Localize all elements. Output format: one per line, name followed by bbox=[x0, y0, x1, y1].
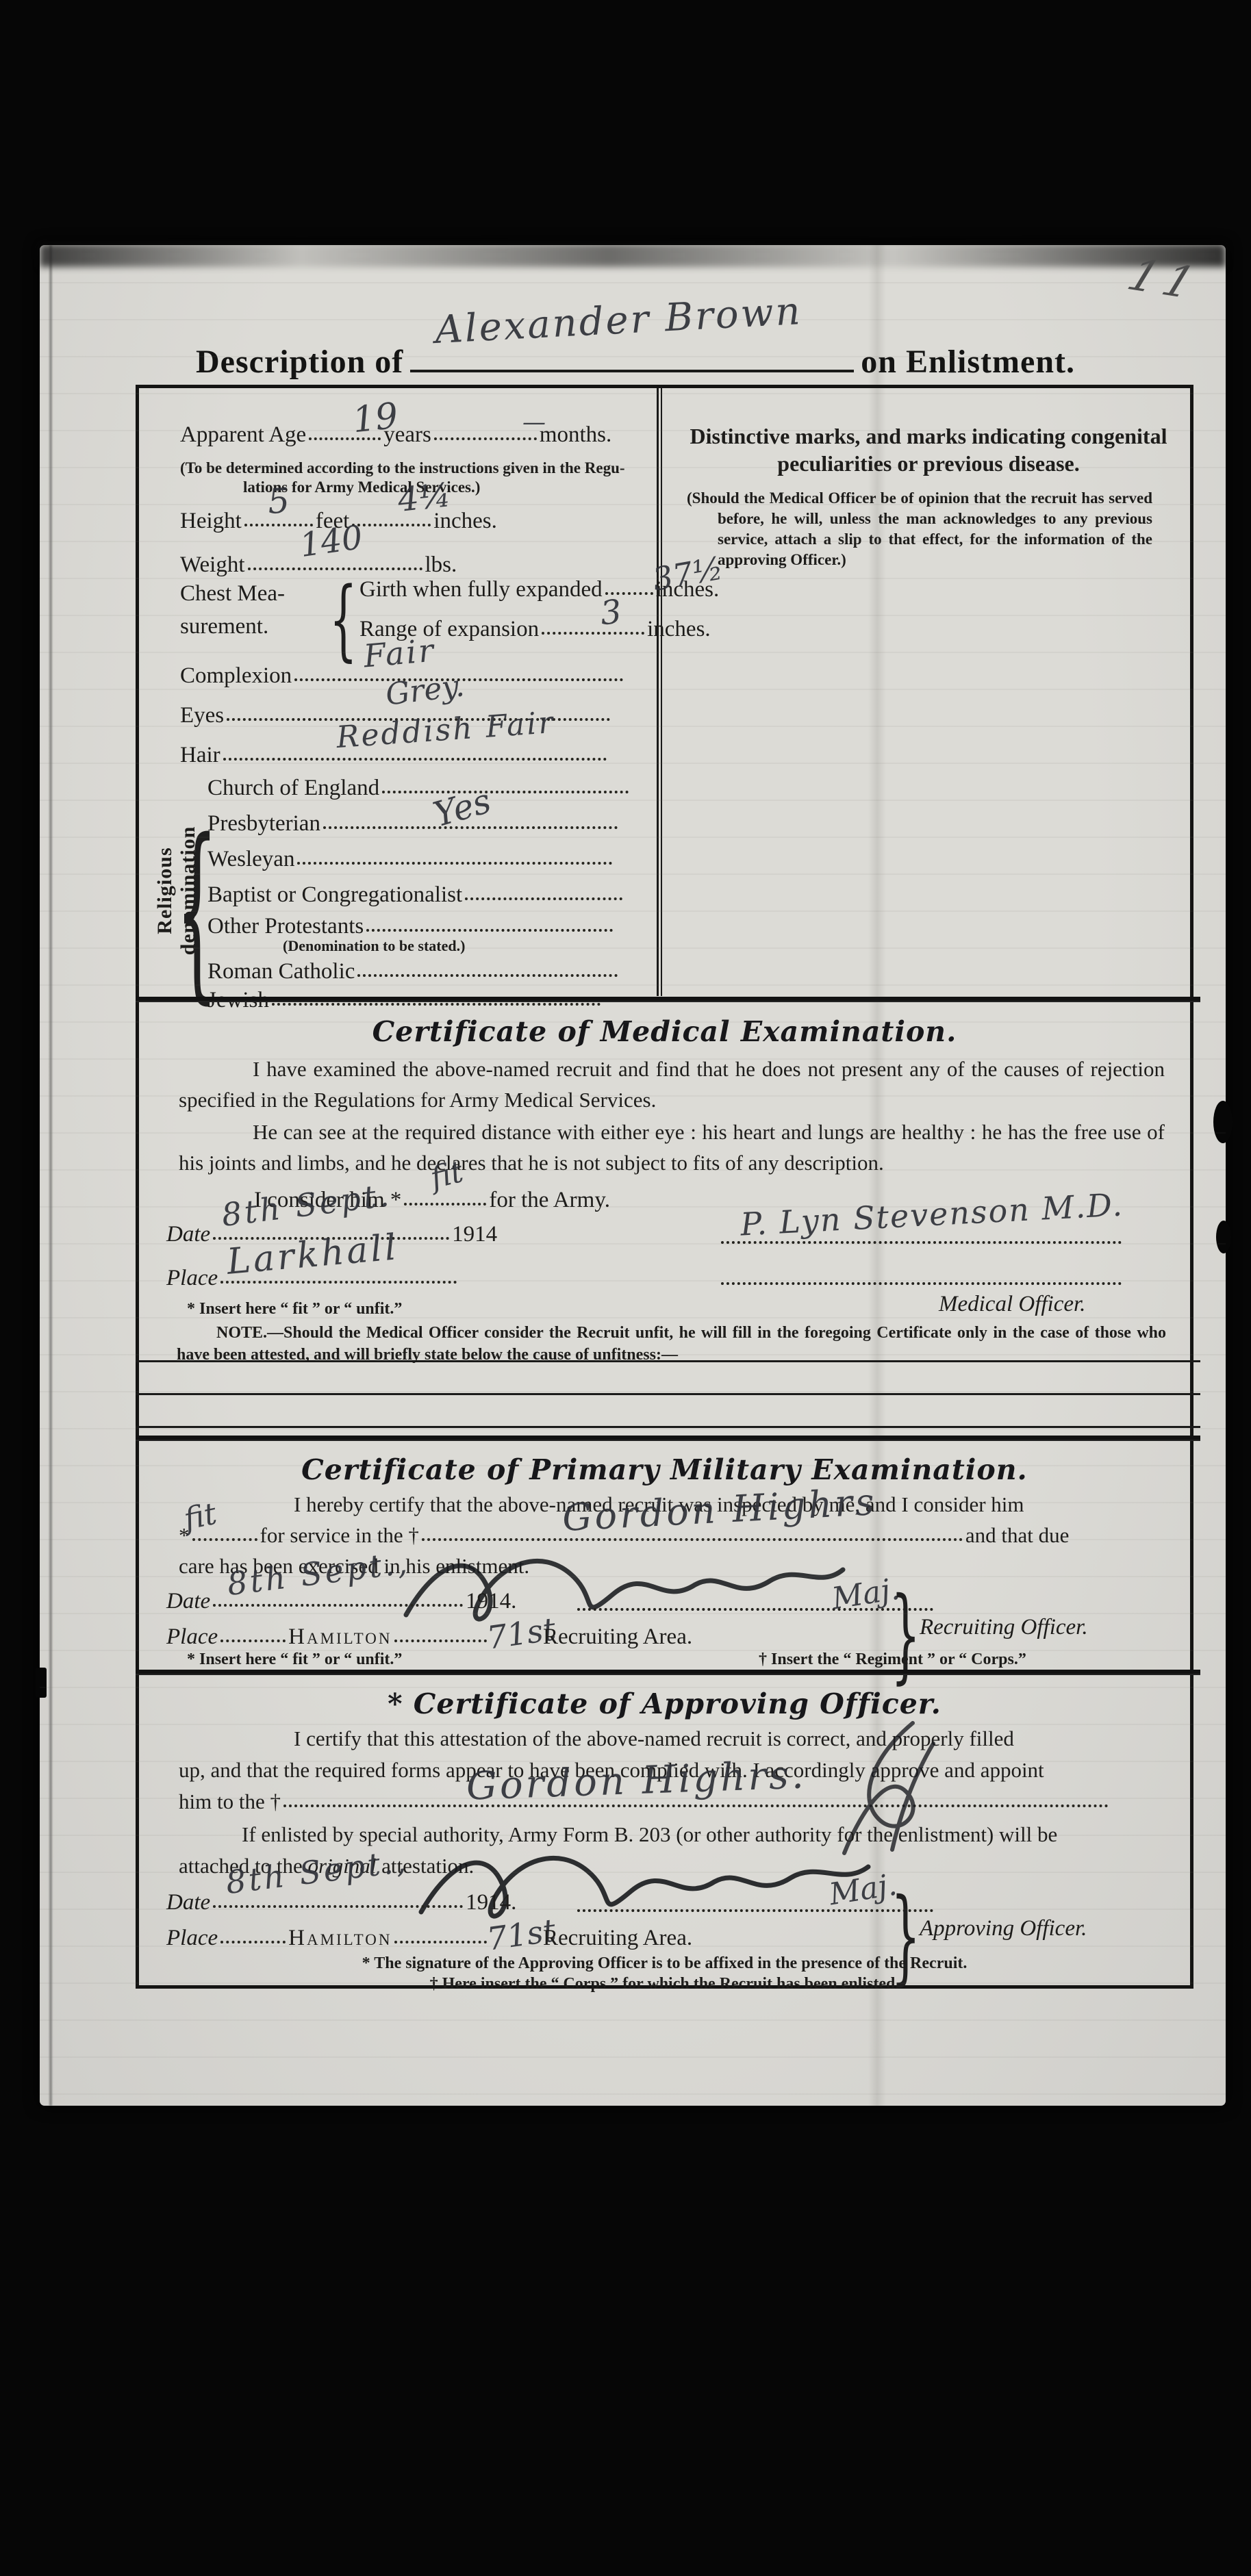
medical-officer-signature: P. Lyn Stevenson M.D. bbox=[740, 1186, 1124, 1242]
approving-footnote1: * The signature of the Approving Officer… bbox=[139, 1953, 1190, 1974]
blank-rule-line bbox=[136, 1360, 1200, 1362]
chest-label-line1: Chest Mea- bbox=[180, 581, 285, 607]
height-label: Height bbox=[180, 509, 242, 533]
complexion-label: Complexion bbox=[180, 663, 292, 688]
approving-officer-signature-scrawl bbox=[413, 1842, 879, 1935]
distinctive-marks-note: (Should the Medical Officer be of opinio… bbox=[687, 488, 1152, 570]
weight-row: Weightlbs. 140 bbox=[180, 552, 457, 578]
range-unit: inches. bbox=[647, 617, 711, 641]
approving-date-year: 1914. bbox=[466, 1890, 516, 1915]
primary-place-value: Hamilton bbox=[288, 1624, 392, 1649]
wesleyan-label: Wesleyan bbox=[207, 847, 294, 871]
chest-brace: { bbox=[329, 570, 357, 672]
weight-value: 140 bbox=[298, 518, 366, 565]
scan-edge-smudge bbox=[40, 244, 1226, 267]
approving-area-label: Recruiting Area. bbox=[543, 1926, 692, 1951]
wesleyan-row: Wesleyan bbox=[207, 847, 615, 872]
medical-date-year: 1914 bbox=[452, 1222, 497, 1247]
approving-date-label: Date bbox=[166, 1890, 210, 1915]
primary-place-row: PlaceHamilton bbox=[166, 1624, 490, 1650]
distinctive-marks-heading-line2: peculiarities or previous disease. bbox=[665, 451, 1192, 476]
distinctive-marks-heading-line1: Distinctive marks, and marks indicating … bbox=[665, 424, 1192, 449]
baptist-label: Baptist or Congregationalist bbox=[207, 882, 462, 907]
primary-place-label: Place bbox=[166, 1624, 218, 1649]
medical-certificate-heading: Certificate of Medical Examination. bbox=[139, 1015, 1190, 1048]
presbyterian-label: Presbyterian bbox=[207, 811, 320, 836]
approving-place-value: Hamilton bbox=[288, 1926, 392, 1950]
presbyterian-row: Presbyterian Yes bbox=[207, 811, 620, 837]
primary-insert-regiment-note: † Insert the “ Regiment ” or “ Corps.” bbox=[759, 1649, 1026, 1670]
denomination-note: (Denomination to be stated.) bbox=[283, 936, 465, 956]
medical-signature-line2 bbox=[721, 1282, 1122, 1285]
approving-regiment-value: Gordon Highrs. bbox=[466, 1759, 807, 1802]
months-label: months. bbox=[540, 422, 611, 447]
medical-signature-line bbox=[721, 1241, 1122, 1244]
document-page: 11 Description ofAlexander Brownon Enlis… bbox=[40, 245, 1226, 2106]
other-protestants-label: Other Protestants bbox=[207, 914, 364, 939]
apparent-age-label: Apparent Age bbox=[180, 422, 306, 447]
recruit-name-line: Alexander Brown bbox=[410, 331, 854, 372]
column-divider-rule bbox=[657, 388, 662, 996]
apparent-age-row: Apparent Ageyearsmonths. 19 — bbox=[180, 422, 611, 448]
primary-area-label: Recruiting Area. bbox=[543, 1624, 692, 1650]
weight-label: Weight bbox=[180, 552, 245, 577]
age-note-line1: (To be determined according to the instr… bbox=[180, 458, 625, 479]
section-rule bbox=[136, 1436, 1200, 1441]
medical-para1: I have examined the above-named recruit … bbox=[179, 1054, 1165, 1115]
medical-insert-note: * Insert here “ fit ” or “ unfit.” bbox=[187, 1299, 402, 1319]
section-rule bbox=[136, 997, 1200, 1002]
approving-certificate-heading: * Certificate of Approving Officer. bbox=[139, 1687, 1190, 1720]
primary-insert-fit-note: * Insert here “ fit ” or “ unfit.” bbox=[187, 1649, 402, 1670]
torn-edge-mark bbox=[36, 1668, 47, 1698]
height-inches-value: 4¼ bbox=[396, 476, 452, 520]
apparent-age-value: 19 bbox=[351, 396, 400, 442]
church-of-england-row: Church of England bbox=[207, 776, 631, 801]
primary-service-label: for service in the † bbox=[260, 1523, 419, 1547]
consider-suffix: for the Army. bbox=[489, 1188, 610, 1212]
torn-edge-mark bbox=[1213, 1101, 1233, 1143]
church-of-england-label: Church of England bbox=[207, 776, 379, 800]
approving-place-label: Place bbox=[166, 1926, 218, 1950]
recruiting-officer-label: Recruiting Officer. bbox=[920, 1615, 1088, 1640]
approving-date-row: Date1914. 8th Sept., bbox=[166, 1890, 516, 1915]
recruit-name-handwriting: Alexander Brown bbox=[434, 289, 803, 353]
description-form-box: Apparent Ageyearsmonths. 19 — (To be det… bbox=[136, 385, 1193, 1989]
page-fold-line bbox=[49, 245, 52, 2106]
screenshot-root: 11 Description ofAlexander Brownon Enlis… bbox=[0, 0, 1251, 2576]
primary-due-label: and that due bbox=[965, 1523, 1070, 1547]
complexion-value: Fair bbox=[362, 632, 437, 675]
medical-note: NOTE.—Should the Medical Officer conside… bbox=[177, 1322, 1166, 1366]
primary-date-row: Date1914. 8th Sept., bbox=[166, 1589, 516, 1614]
medical-officer-label: Medical Officer. bbox=[939, 1292, 1085, 1317]
blank-rule-line bbox=[136, 1393, 1200, 1395]
approving-signature-line bbox=[577, 1909, 933, 1912]
chest-label-line2: surement. bbox=[180, 614, 268, 639]
primary-date-label: Date bbox=[166, 1589, 210, 1614]
primary-fit-value: fit bbox=[181, 1499, 219, 1535]
eyes-label: Eyes bbox=[180, 703, 224, 728]
approving-footnote2: † Here insert the “ Corps ” for which th… bbox=[139, 1974, 1190, 1994]
medical-place-row: Place Larkhall bbox=[166, 1266, 459, 1291]
section-rule bbox=[136, 1670, 1200, 1675]
medical-date-label: Date bbox=[166, 1222, 210, 1247]
roman-catholic-row: Roman Catholic bbox=[207, 959, 620, 984]
title-prefix: Description of bbox=[196, 344, 403, 380]
religion-side-label-line1: Religious bbox=[153, 788, 177, 993]
lbs-label: lbs. bbox=[425, 552, 457, 577]
baptist-row: Baptist or Congregationalist bbox=[207, 882, 625, 908]
medical-para2: He can see at the required distance with… bbox=[179, 1117, 1165, 1178]
months-value: — bbox=[522, 409, 546, 436]
primary-certificate-heading: Certificate of Primary Military Examinat… bbox=[139, 1453, 1190, 1486]
hair-row: Hair Reddish Fair bbox=[180, 743, 609, 768]
recruiting-officer-brace: } bbox=[891, 1577, 920, 1696]
girth-label: Girth when fully expanded bbox=[359, 577, 603, 602]
girth-row: Girth when fully expandedinches. 37½ bbox=[359, 577, 719, 602]
document-title: Description ofAlexander Brownon Enlistme… bbox=[196, 331, 1075, 381]
medical-place-label: Place bbox=[166, 1266, 218, 1290]
hair-label: Hair bbox=[180, 743, 220, 767]
approving-place-row: PlaceHamilton bbox=[166, 1926, 490, 1951]
blank-rule-line bbox=[136, 1426, 1200, 1428]
medical-date-value: 8th Sept. bbox=[220, 1176, 394, 1234]
roman-catholic-label: Roman Catholic bbox=[207, 959, 355, 984]
range-value: 3 bbox=[598, 593, 623, 633]
approving-officer-label: Approving Officer. bbox=[920, 1916, 1087, 1941]
primary-date-year: 1914. bbox=[466, 1589, 516, 1614]
torn-edge-mark bbox=[1216, 1221, 1231, 1253]
approving-paragraph1: I certify that this attestation of the a… bbox=[179, 1723, 1168, 1818]
height-feet-value: 5 bbox=[266, 481, 291, 522]
title-suffix: on Enlistment. bbox=[861, 344, 1075, 380]
approving-para1-line3: him to the † bbox=[179, 1789, 281, 1813]
